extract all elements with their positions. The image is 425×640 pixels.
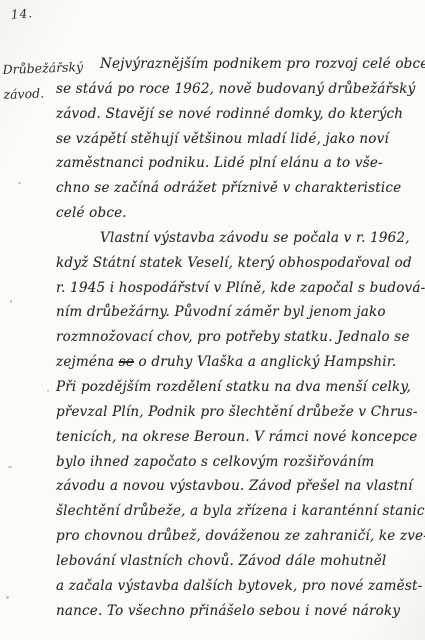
handwritten-line: bylo ihned započato s celkovým rozšiřová… <box>56 450 422 475</box>
scan-speck <box>6 596 9 599</box>
margin-note-line-1: Drůbežářský <box>2 55 57 82</box>
scan-speck <box>18 182 21 184</box>
margin-note: Drůbežářský závod. <box>2 55 58 107</box>
handwritten-line: závodu a novou výstavbou. Závod přešel n… <box>56 474 422 499</box>
handwritten-line: závod. Stavějí se nové rodinné domky, do… <box>56 102 422 127</box>
handwritten-line: Vlastní výstavba závodu se počala v r. 1… <box>56 226 422 251</box>
handwritten-line: chno se začíná odrážet příznivě v charak… <box>56 176 422 201</box>
handwritten-line: šlechtění drůbeže, a byla zřízena i kara… <box>56 499 422 524</box>
handwritten-line: lebování vlastních chovů. Závod dále moh… <box>56 549 422 574</box>
handwritten-line: ním drůbežárny. Původní záměr byl jenom … <box>56 300 422 325</box>
struck-out-word: se <box>119 354 134 370</box>
handwritten-line: tenicích, na okrese Beroun. V rámci nové… <box>56 425 422 450</box>
handwritten-line: Nejvýraznějším podnikem pro rozvoj celé … <box>56 52 422 77</box>
handwritten-line: Při pozdějším rozdělení statku na dva me… <box>56 375 422 400</box>
handwritten-line: se vzápětí stěhují většinou mladí lidé, … <box>56 127 422 152</box>
page-number: 14. <box>11 6 34 22</box>
handwritten-line: zaměstnanci podniku. Lidé plní elánu a t… <box>56 151 422 176</box>
handwritten-line: převzal Plín, Podnik pro šlechtění drůbe… <box>56 400 422 425</box>
handwritten-line-with-strikeout: zejména se o druhy Vlaška a anglický Ham… <box>56 350 422 375</box>
scan-speck <box>47 390 49 392</box>
line-text-after-strikeout: o druhy Vlaška a anglický Hampshir. <box>134 354 396 370</box>
scan-speck <box>10 300 12 303</box>
handwritten-line: když Státní statek Veselí, který obhospo… <box>56 251 422 276</box>
handwritten-text-block: Nejvýraznějším podnikem pro rozvoj celé … <box>56 52 422 623</box>
handwritten-line: se stává po roce 1962, nově budovaný drů… <box>56 77 422 102</box>
handwritten-line: a začala výstavba dalších bytovek, pro n… <box>56 574 422 599</box>
line-text-before-strikeout: zejména <box>56 354 119 370</box>
margin-note-line-2: závod. <box>3 80 58 107</box>
scan-speck <box>8 466 12 468</box>
handwritten-line: celé obce. <box>56 201 422 226</box>
handwritten-line: rozmnožovací chov, pro potřeby statku. J… <box>56 325 422 350</box>
handwritten-line: pro chovnou drůbež, dováženou ze zahrani… <box>56 524 422 549</box>
scan-speck <box>285 60 287 62</box>
handwritten-line: r. 1945 i hospodářství v Plíně, kde zapo… <box>56 276 422 301</box>
scanned-manuscript-page: 14. Drůbežářský závod. Nejvýraznějším po… <box>0 0 425 640</box>
handwritten-line: nance. To všechno přinášelo sebou i nové… <box>56 599 422 624</box>
